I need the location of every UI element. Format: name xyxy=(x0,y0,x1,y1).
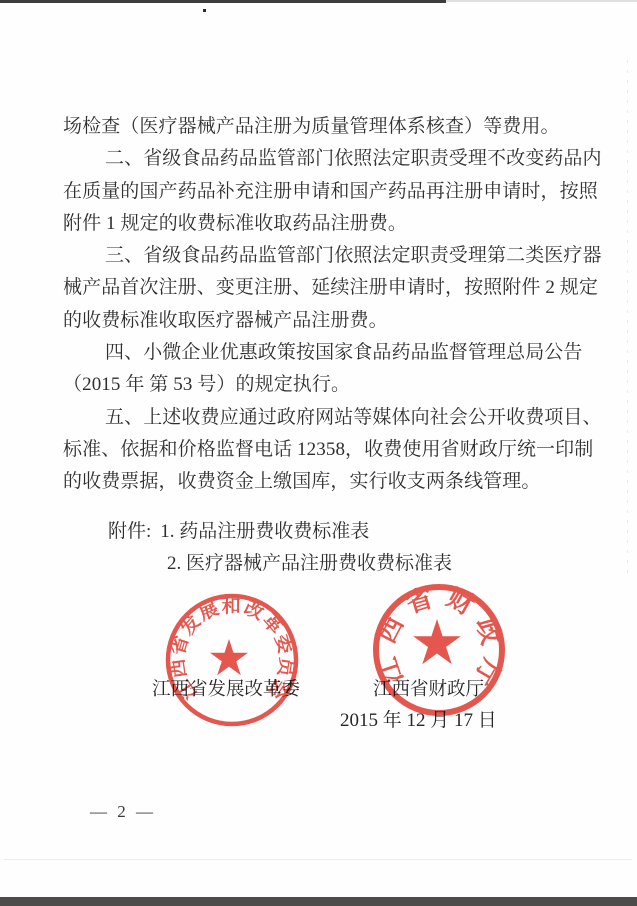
body-line: 三、省级食品药品监管部门依照法定职责受理第二类医疗器 xyxy=(63,240,588,272)
scan-edge-top xyxy=(0,0,446,3)
seal-stamp-icon: 江西省发展和改革委员会 xyxy=(157,585,307,735)
body-line: 的收费标准收取医疗器械产品注册费。 xyxy=(63,305,588,337)
body-lines: 场检查（医疗器械产品注册为质量管理体系核查）等费用。二、省级食品药品监管部门依照… xyxy=(63,111,588,499)
body-line: 附件 1 规定的收费标准收取药品注册费。 xyxy=(63,208,588,240)
official-seal-finance-department: 江西省财政厅 xyxy=(369,580,509,720)
scan-edge-bottom xyxy=(0,897,637,906)
body-line: （2015 年 第 53 号）的规定执行。 xyxy=(63,369,588,401)
scanned-document-page: 场检查（医疗器械产品注册为质量管理体系核查）等费用。二、省级食品药品监管部门依照… xyxy=(0,0,637,906)
body-line: 的收费票据，收费资金上缴国库，实行收支两条线管理。 xyxy=(63,466,588,498)
scan-edge-right xyxy=(627,60,628,580)
star-icon xyxy=(413,619,461,664)
body-line: 械产品首次注册、变更注册、延续注册申请时，按照附件 2 规定 xyxy=(63,272,588,304)
star-icon xyxy=(210,639,248,675)
attachment-line: 2. 医疗器械产品注册费收费标准表 xyxy=(108,548,452,580)
body-line: 标准、依据和价格监督电话 12358，收费使用省财政厅统一印制 xyxy=(63,434,588,466)
body-line: 二、省级食品药品监管部门依照法定职责受理不改变药品内 xyxy=(63,143,588,175)
scan-edge-top-fade xyxy=(446,0,637,2)
attachments-block: 附件:1. 药品注册费收费标准表 2. 医疗器械产品注册费收费标准表 xyxy=(108,516,452,581)
scan-speck xyxy=(203,9,206,12)
attachment-item-2: 2. 医疗器械产品注册费收费标准表 xyxy=(167,553,452,574)
body-line: 五、上述收费应通过政府网站等媒体向社会公开收费项目、 xyxy=(63,402,588,434)
body-line: 四、小微企业优惠政策按国家食品药品监督管理总局公告 xyxy=(63,337,588,369)
paper-fold-line xyxy=(4,859,632,860)
attachment-item-1: 1. 药品注册费收费标准表 xyxy=(160,521,369,542)
seal-stamp-icon: 江西省财政厅 xyxy=(369,580,509,720)
body-line: 在质量的国产药品补充注册申请和国产药品再注册申请时，按照 xyxy=(63,176,588,208)
body-line: 场检查（医疗器械产品注册为质量管理体系核查）等费用。 xyxy=(63,111,588,143)
attachment-line: 附件:1. 药品注册费收费标准表 xyxy=(108,516,452,548)
official-seal-development-reform-commission: 江西省发展和改革委员会 xyxy=(157,585,307,735)
attachments-label: 附件: xyxy=(108,521,151,542)
page-number: — 2 — xyxy=(90,802,156,822)
